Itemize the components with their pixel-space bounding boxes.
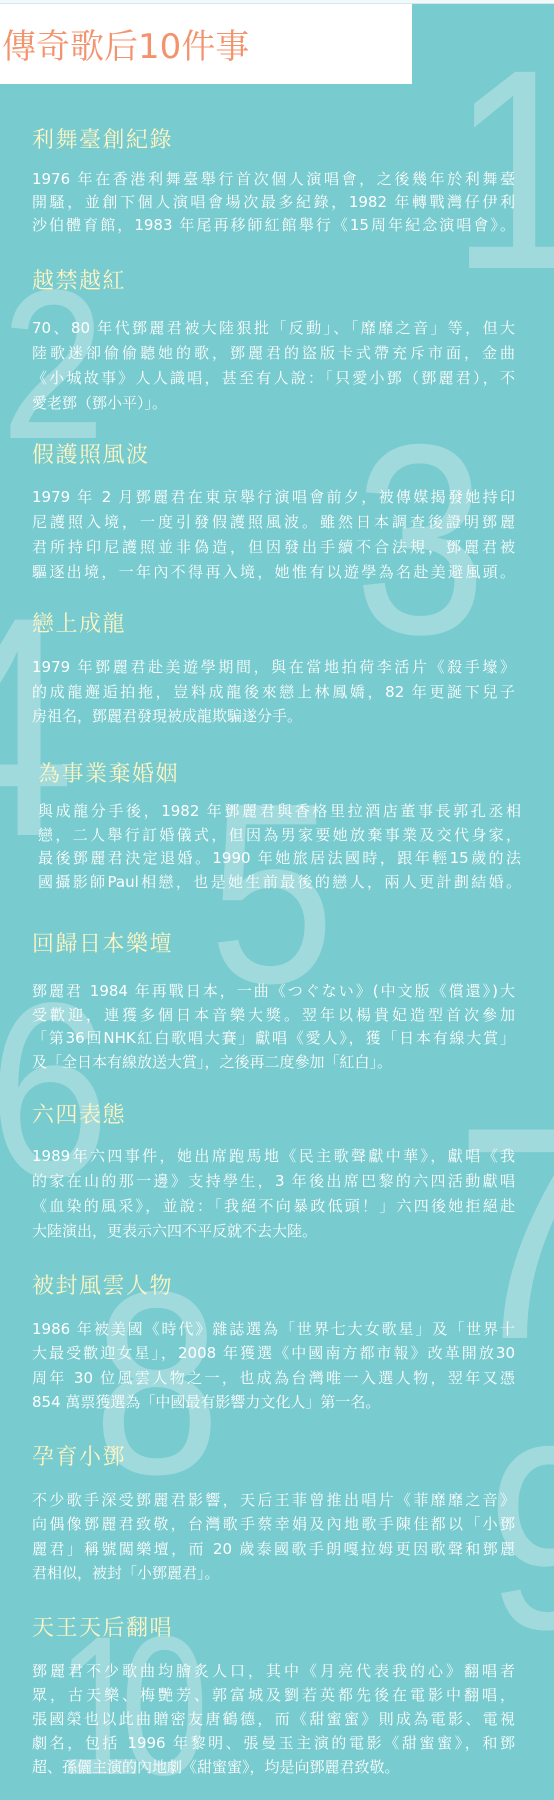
fact-body-line: 1976 年在香港利舞臺舉行首次個人演唱會，之後幾年於利舞臺 (32, 168, 515, 191)
fact-heading: 利舞臺創紀錄 (32, 128, 173, 154)
fact-body-line: 大最受歡迎女星」，2008 年獲選《中國南方都市報》改革開放30 (32, 1341, 515, 1365)
fact-body-line: 與成龍分手後，1982 年鄧麗君與香格里拉酒店董事長郭孔丞相 (38, 800, 521, 824)
fact-body-line: 854 萬票獲選為「中國最有影響力文化人」第一名。 (32, 1390, 515, 1414)
fact-body-line: 周年 30 位風雲人物之一，也成為台灣唯一入選人物，翌年又憑 (32, 1366, 515, 1390)
fact-body-line: 君相似，被封「小鄧麗君」。 (32, 1561, 515, 1585)
title-box: 傳奇歌后10件事 (0, 4, 412, 84)
fact-body: 與成龍分手後，1982 年鄧麗君與香格里拉酒店董事長郭孔丞相 戀，二人舉行訂婚儀… (38, 800, 521, 895)
fact-body-line: 的家在山的那一邊》支持學生，3 年後出席巴黎的六四活動獻唱 (32, 1169, 515, 1194)
fact-body: 鄧麗君不少歌曲均膾炙人口，其中《月亮代表我的心》翻唱者 眾，古天樂、梅艷芳、郭富… (32, 1659, 515, 1779)
fact-heading: 被封風雲人物 (32, 1274, 173, 1300)
fact-body-line: 劇名，包括 1996 年黎明、張曼玉主演的電影《甜蜜蜜》，和鄧 (32, 1731, 515, 1755)
fact-body-line: 向偶像鄧麗君致敬，台灣歌手蔡幸娟及內地歌手陳佳都以「小鄧 (32, 1512, 515, 1536)
fact-heading: 戀上成龍 (32, 612, 126, 638)
fact-body: 70、80 年代鄧麗君被大陸狠批「反動」、「靡靡之音」等，但大 陸歌迷卻偷偷聽她… (32, 316, 515, 416)
fact-body-line: 麗君」稱號闖樂壇，而 20 歲泰國歌手朗嘎拉姆更因歌聲和鄧麗 (32, 1537, 515, 1561)
fact-heading: 為事業棄婚姻 (38, 762, 179, 788)
fact-body-line: 大陸演出，更表示六四不平反就不去大陸。 (32, 1219, 515, 1244)
fact-body-line: 及「全日本有線放送大賞」，之後再二度參加「紅白」。 (32, 1051, 515, 1075)
fact-heading: 天王天后翻唱 (32, 1616, 173, 1642)
fact-heading: 越禁越紅 (32, 269, 126, 295)
fact-body-line: 陸歌迷卻偷偷聽她的歌，鄧麗君的盜版卡式帶充斥市面，金曲 (32, 341, 515, 366)
fact-body-line: 的成龍邂逅拍拖，豈料成龍後來戀上林鳳嬌，82 年更誕下兒子 (32, 680, 515, 705)
fact-body-line: 受歡迎，連獲多個日本音樂大獎。翌年以楊貴妃造型首次參加 (32, 1004, 515, 1028)
fact-body: 1979 年 2 月鄧麗君在東京舉行演唱會前夕，被傳媒揭發她持印 尼護照入境，一… (32, 485, 515, 585)
fact-body-line: 愛老鄧（鄧小平）」。 (32, 391, 515, 416)
fact-body-line: 最後鄧麗君決定退婚。1990 年她旅居法國時，跟年輕15歲的法 (38, 847, 521, 871)
fact-body-line: 君所持印尼護照並非偽造，但因發出手續不合法規，鄧麗君被 (32, 535, 515, 560)
fact-body-line: 《血染的風采》，並說：「我絕不向暴政低頭！」六四後她拒絕赴 (32, 1194, 515, 1219)
fact-body-line: 70、80 年代鄧麗君被大陸狠批「反動」、「靡靡之音」等，但大 (32, 316, 515, 341)
fact-body-line: 張國榮也以此曲贈密友唐鶴德，而《甜蜜蜜》則成為電影、電視 (32, 1707, 515, 1731)
fact-body-line: 1979 年 2 月鄧麗君在東京舉行演唱會前夕，被傳媒揭發她持印 (32, 485, 515, 510)
fact-body-line: 1979 年鄧麗君赴美遊學期間，與在當地拍荷李活片《殺手壕》 (32, 655, 515, 680)
fact-body-line: 沙伯體育館，1983 年尾再移師紅館舉行《15周年紀念演唱會》。 (32, 214, 515, 237)
fact-body-line: 「第36回NHK紅白歌唱大賽」獻唱《愛人》，獲「日本有線大賞」 (32, 1027, 515, 1051)
infographic-page: 1 2 3 4 5 6 7 8 9 10 傳奇歌后10件事 利舞臺創紀錄 197… (0, 0, 554, 1800)
fact-body: 1986 年被美國《時代》雜誌選為「世界七大女歌星」及「世界十 大最受歡迎女星」… (32, 1317, 515, 1414)
fact-body-line: 1989年六四事件，她出席跑馬地《民主歌聲獻中華》，獻唱《我 (32, 1144, 515, 1169)
fact-body-line: 國攝影師Paul相戀，也是她生前最後的戀人，兩人更計劃結婚。 (38, 871, 521, 895)
fact-body-line: 戀，二人舉行訂婚儀式，但因為男家要她放棄事業及交代身家， (38, 824, 521, 848)
fact-body-line: 1986 年被美國《時代》雜誌選為「世界七大女歌星」及「世界十 (32, 1317, 515, 1341)
fact-heading: 孕育小鄧 (32, 1445, 126, 1471)
fact-body: 不少歌手深受鄧麗君影響，天后王菲曾推出唱片《菲靡靡之音》 向偶像鄧麗君致敬，台灣… (32, 1488, 515, 1585)
page-title: 傳奇歌后10件事 (2, 4, 249, 84)
fact-body: 1989年六四事件，她出席跑馬地《民主歌聲獻中華》，獻唱《我 的家在山的那一邊》… (32, 1144, 515, 1244)
fact-body-line: 鄧麗君 1984 年再戰日本，一曲《つぐない》(中文版《償還》)大 (32, 980, 515, 1004)
fact-body-line: 尼護照入境，一度引發假護照風波。雖然日本調查後證明鄧麗 (32, 510, 515, 535)
fact-body-line: 眾，古天樂、梅艷芳、郭富城及劉若英都先後在電影中翻唱， (32, 1683, 515, 1707)
fact-heading: 六四表態 (32, 1103, 126, 1129)
fact-body-line: 驅逐出境，一年內不得再入境，她惟有以遊學為名赴美避風頭。 (32, 560, 515, 585)
fact-body-line: 《小城故事》人人識唱，甚至有人說：「只愛小鄧（鄧麗君），不 (32, 366, 515, 391)
fact-body: 1979 年鄧麗君赴美遊學期間，與在當地拍荷李活片《殺手壕》 的成龍邂逅拍拖，豈… (32, 655, 515, 729)
fact-heading: 回歸日本樂壇 (32, 932, 173, 958)
fact-body: 鄧麗君 1984 年再戰日本，一曲《つぐない》(中文版《償還》)大 受歡迎，連獲… (32, 980, 515, 1075)
fact-body: 1976 年在香港利舞臺舉行首次個人演唱會，之後幾年於利舞臺 開騷，並創下個人演… (32, 168, 515, 237)
fact-body-line: 開騷，並創下個人演唱會場次最多紀錄，1982 年轉戰灣仔伊利 (32, 191, 515, 214)
fact-heading: 假護照風波 (32, 443, 150, 469)
fact-body-line: 鄧麗君不少歌曲均膾炙人口，其中《月亮代表我的心》翻唱者 (32, 1659, 515, 1683)
fact-body-line: 房祖名，鄧麗君發現被成龍欺騙遂分手。 (32, 704, 515, 729)
fact-body-line: 超、孫儷主演的內地劇《甜蜜蜜》，均是向鄧麗君致敬。 (32, 1755, 515, 1779)
fact-body-line: 不少歌手深受鄧麗君影響，天后王菲曾推出唱片《菲靡靡之音》 (32, 1488, 515, 1512)
